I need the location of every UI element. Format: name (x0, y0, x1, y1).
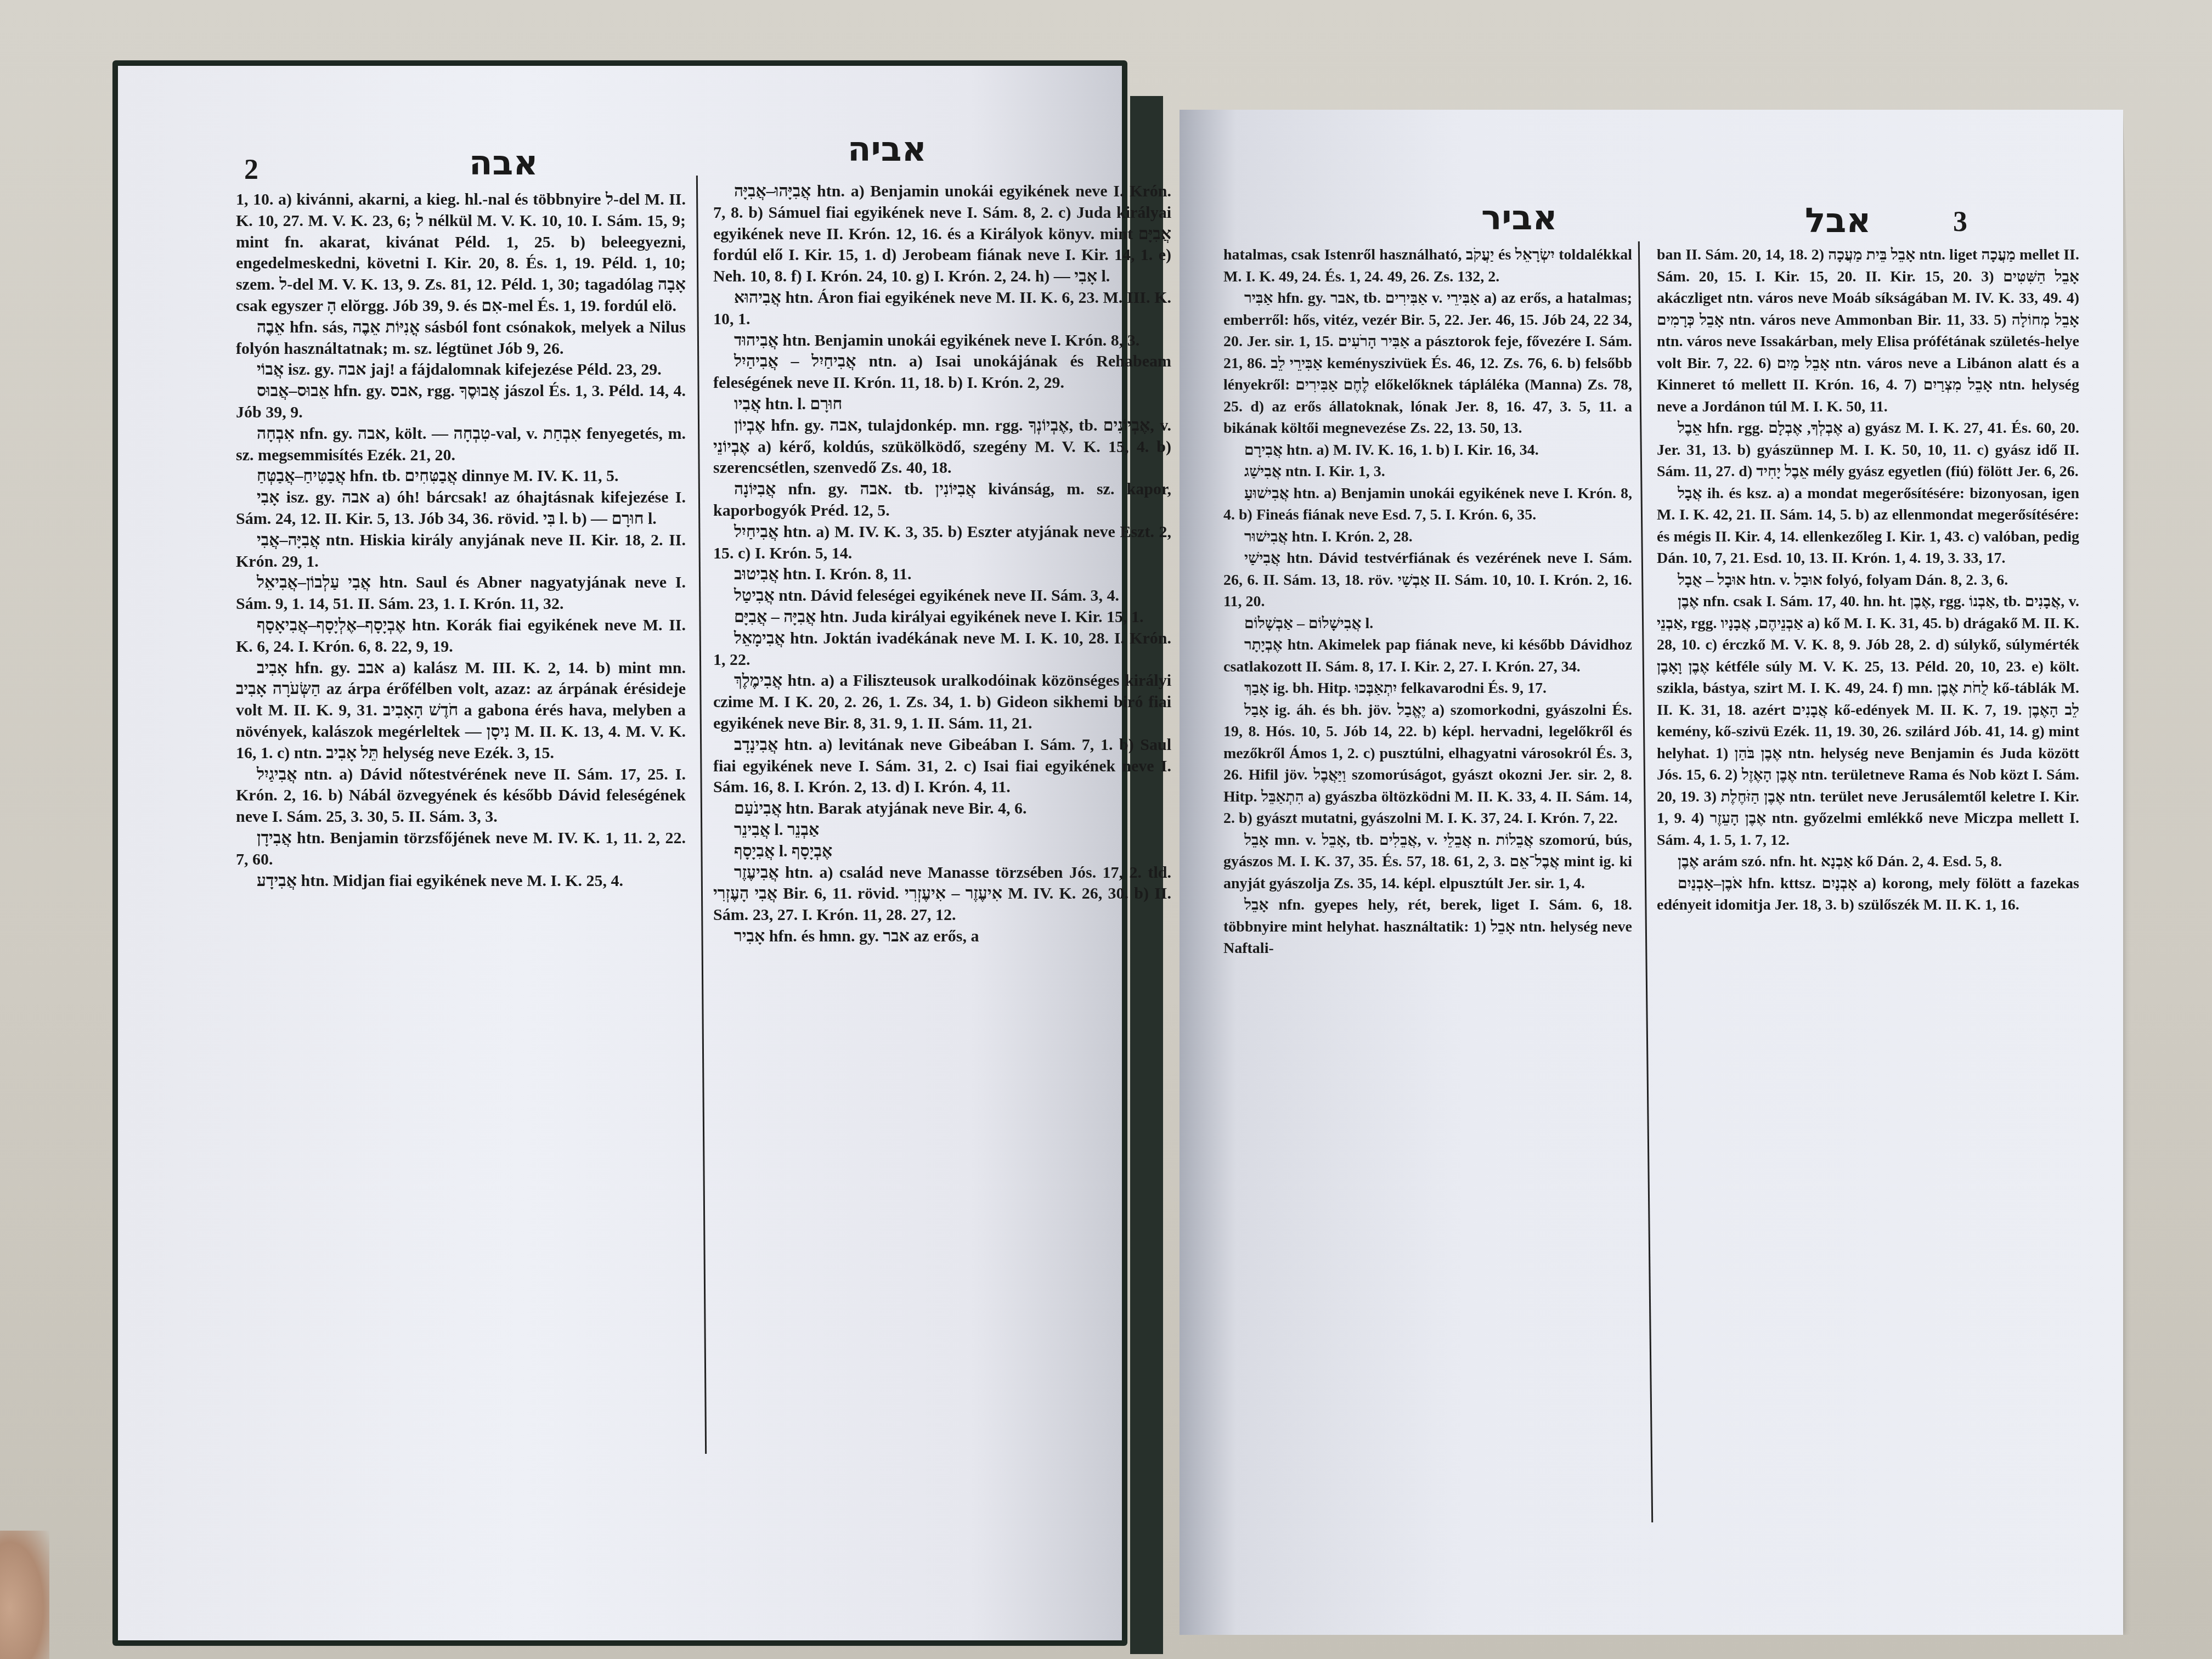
entry: אֲבִישַׁי htn. Dávid testvérfiának és ve… (1223, 548, 1632, 613)
entry: אֶבֶן arám szó. nfn. ht. אַבְנָא kő Dán.… (1657, 851, 2079, 873)
entry: אֲבִיחַיִל – אֲבִיהַיִל ntn. a) Isai uno… (713, 351, 1171, 394)
entry: אֲבִיָּה – אֲבִיָּם htn. Juda királyai e… (713, 607, 1171, 628)
guide-word-left: אבה (469, 143, 538, 183)
left-page: 2 אבה אביה 1, 10. a) kivánni, akarni, a … (118, 66, 1122, 1640)
entry: אֶבְיָסָף–אֶלְיָסָף–אֲבִיאָסָף htn. Korá… (236, 615, 686, 658)
entry: אֲבִיָסָף l. אֶבְיָסָף (713, 841, 1171, 862)
guide-word-right: אביה (848, 129, 927, 169)
entry: אֲבִימָאֵל htn. Joktán ivadékának neve M… (713, 628, 1171, 671)
dictionary-column-1: hatalmas, csak Istenről használható, יַע… (1223, 244, 1632, 960)
dictionary-column-2: ban II. Sám. 20, 14, 18. 2) אָבֵל בֵּית … (1657, 244, 2079, 916)
page-number: 3 (1953, 206, 1967, 238)
entry: 1, 10. a) kivánni, akarni, a kieg. hl.-n… (236, 189, 686, 317)
entry: אֲבִיּוֹנָה nfn. gy. אבה. tb. אֲבִיּוֹנִ… (713, 479, 1171, 522)
entry: אָבַל ig. áh. és bh. jöv. יֶאֱבַל a) szo… (1223, 699, 1632, 830)
entry: אֲבִי עַלְבוֹן–אֲבִיאֵל htn. Saul és Abn… (236, 572, 686, 615)
entry: אֲבָל ih. és ksz. a) a mondat megerősíté… (1657, 483, 2079, 569)
entry: אֲבִידָן htn. Benjamin törzsfőjének neve… (236, 828, 686, 871)
entry: אֲבִינֹעַם htn. Barak atyjának neve Bir.… (713, 798, 1171, 820)
guide-word-right: אבל (1805, 200, 1871, 240)
entry: אֲבוֹי isz. gy. אבה jaj! a fájdalomnak k… (236, 359, 686, 381)
entry: ban II. Sám. 20, 14, 18. 2) אָבֵל בֵּית … (1657, 244, 2079, 417)
entry: אָבַךְ ig. bh. Hitp. יִתְאַבְּכוּ felkav… (1223, 678, 1632, 699)
page-number: 2 (244, 154, 258, 186)
entry: אֲבִיהוּא htn. Áron fiai egyikének neve … (713, 287, 1171, 330)
entry: אָבֵל mn. v. אָבֵל, tb. אֲבֵלִים, v. אֲב… (1223, 830, 1632, 895)
column-divider (1638, 241, 1653, 1522)
guide-word-left: אביר (1481, 198, 1558, 238)
entry: אֶבֶן nfn. csak I. Sám. 17, 40. hn. ht. … (1657, 591, 2079, 851)
entry: אֶבְיוֹן hfn. gy. אבה, tulajdonkép. mn. … (713, 415, 1171, 479)
entry: אִבְחָה nfn. gy. אבה, költ. — טִבְחָה-va… (236, 424, 686, 466)
entry: אֶבְיָתָר htn. Akimelek pap fiának neve,… (1223, 634, 1632, 678)
entry: אָבִי isz. gy. אבה a) óh! bárcsak! az óh… (236, 487, 686, 530)
entry: אֲבִיעֶזֶר htn. a) család neve Manasse t… (713, 862, 1171, 926)
right-page: אביר אבל 3 hatalmas, csak Istenről haszn… (1180, 110, 2123, 1635)
entry: אֲבִינֵר l. אַבְנֵר (713, 820, 1171, 841)
entry: אֲבִיו htn. l. חוּרָם (713, 394, 1171, 415)
entry: אוּבָל – אֻבָל htn. v. אוּבַל folyó, fol… (1657, 569, 2079, 591)
entry: אֲבִישָׁלוֹם – אַבְשָׁלוֹם l. (1223, 613, 1632, 635)
dictionary-column-1: 1, 10. a) kivánni, akarni, a kieg. hl.-n… (236, 189, 686, 891)
entry: אֲבִיגַיִל ntn. a) Dávid nőtestvérének n… (236, 764, 686, 828)
entry: אֲבִידָע htn. Midjan fiai egyikének neve… (236, 871, 686, 892)
dictionary-column-2: אֲבִיָּהוּ–אֲבִיָּה htn. a) Benjamin uno… (713, 181, 1171, 947)
entry: אֲבִישַׁג ntn. I. Kir. 1, 3. (1223, 461, 1632, 483)
thumb-holding-page (0, 1531, 49, 1659)
entry: אֲבִיטַל ntn. Dávid feleségei egyikének … (713, 585, 1171, 607)
entry: אֲבִישׁוּעַ htn. a) Benjamin unokái egyi… (1223, 483, 1632, 526)
entry: אֲבִירָם htn. a) M. IV. K. 16, 1. b) I. … (1223, 439, 1632, 461)
entry: אַבִּיר hfn. gy. אבר, tb. אַבִּירִים v. … (1223, 287, 1632, 439)
entry: אֲבִיהוּד htn. Benjamin unokái egyikének… (713, 330, 1171, 352)
entry: אֲבִימֶלֶךְ htn. a) a Filiszteusok uralk… (713, 670, 1171, 734)
entry: אֵבֶל hfn. rgg. אֶבְלְךָ, אֶבְלָם a) gyá… (1657, 417, 2079, 483)
entry: אָבִיר hfn. és hmn. gy. אבר az erős, a (713, 926, 1171, 947)
entry: אָבֵל nfn. gyepes hely, rét, berek, lige… (1223, 894, 1632, 960)
entry: אֲבִיטוּב htn. I. Krón. 8, 11. (713, 564, 1171, 585)
entry: אֵבֶה hfn. sás, אֳנִיּוֹת אֵבֶה sásból f… (236, 317, 686, 360)
entry: אָבִיב hfn. gy. אבב a) kalász M. III. K.… (236, 658, 686, 764)
entry: אֲבִיָּה–אֲבִי ntn. Hiskia király anyján… (236, 530, 686, 573)
entry: אֲבִישׁוּר htn. I. Krón. 2, 28. (1223, 526, 1632, 548)
entry: אֹבֶן–אָבְנַיִם hfn. kttsz. אָבְנָיִם a)… (1657, 873, 2079, 916)
entry: hatalmas, csak Istenről használható, יַע… (1223, 244, 1632, 287)
entry: אֲבִיָּהוּ–אֲבִיָּה htn. a) Benjamin uno… (713, 181, 1171, 287)
entry: אֲבִיחַיִל htn. a) M. IV. K. 3, 35. b) E… (713, 522, 1171, 565)
entry: אֵבוּס–אֲבוּס hfn. gy. אבס, rgg. אֲבוּסֶ… (236, 381, 686, 424)
column-divider (696, 176, 707, 1454)
entry: אֲבַטִּיחַ–אֲבַטְּחַ hfn. tb. אֲבַטִּחִי… (236, 466, 686, 487)
entry: אֲבִינָדָב htn. a) levitának neve Gibeáb… (713, 735, 1171, 798)
